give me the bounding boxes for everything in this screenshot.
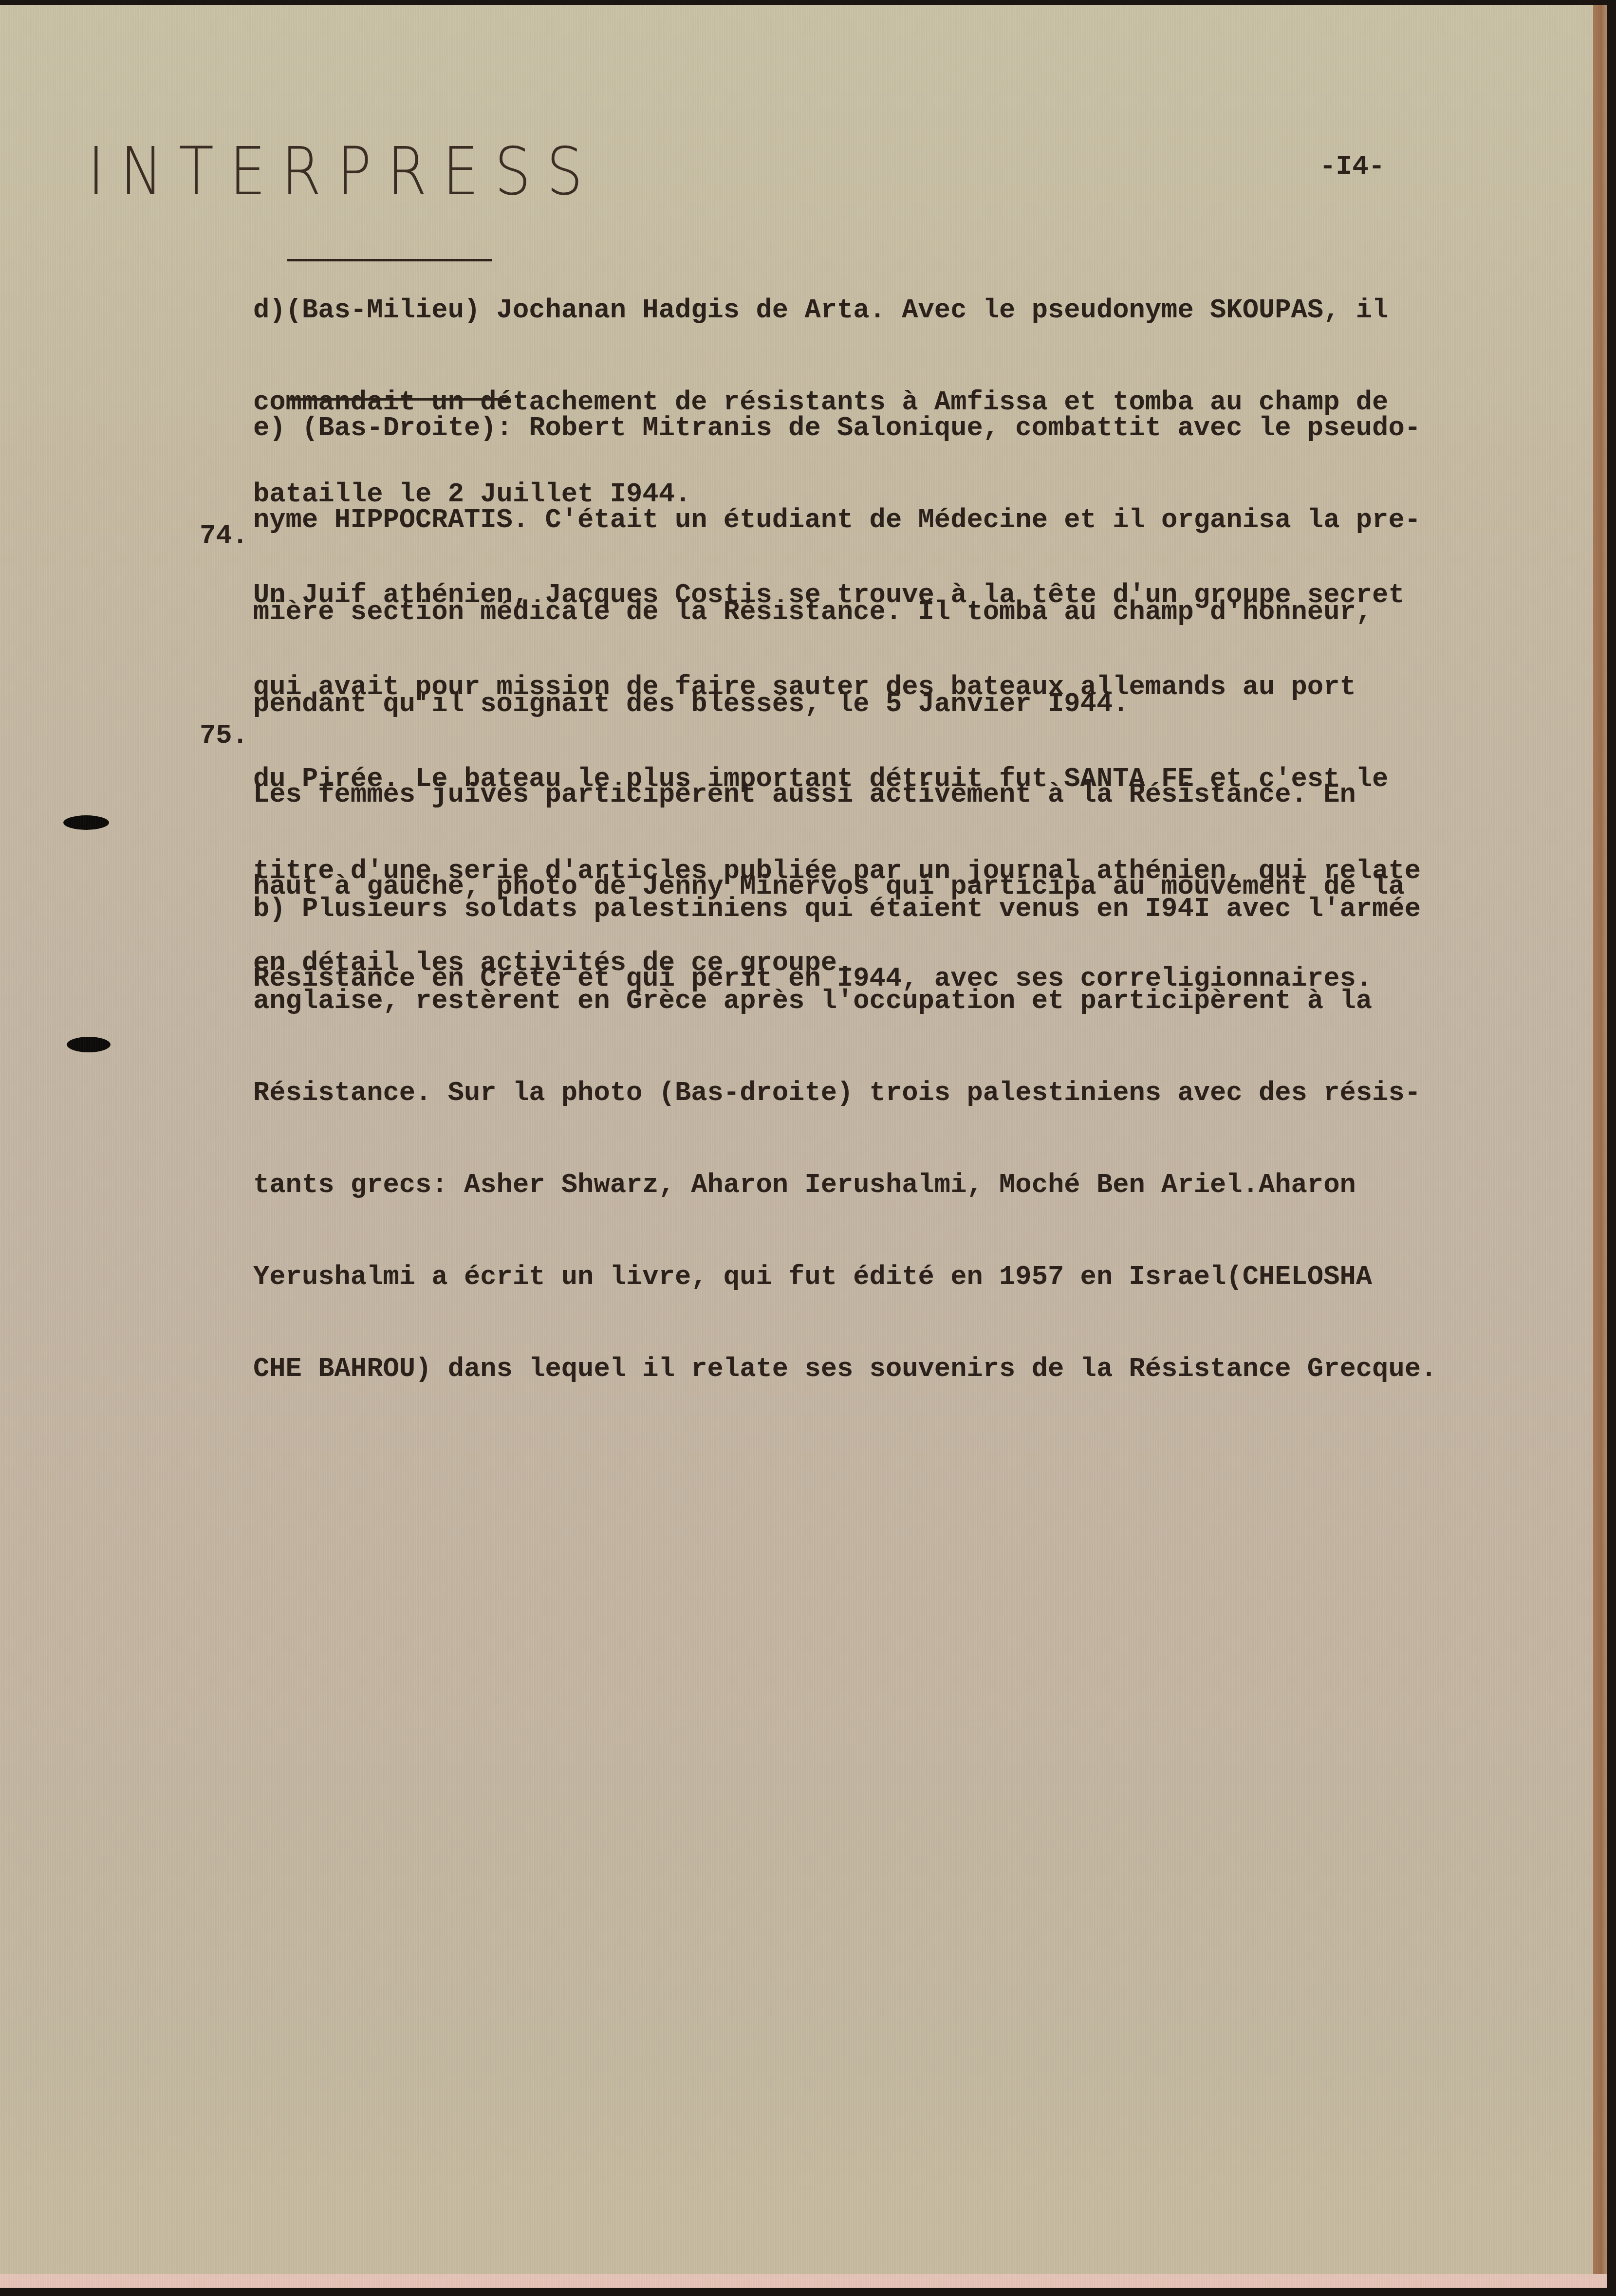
- item-number: 75.: [200, 720, 248, 751]
- interpress-logo: INTERPRESS: [88, 132, 598, 210]
- typewritten-page: INTERPRESS -I4- d)(Bas-Milieu) Jochanan …: [0, 5, 1607, 2288]
- text-line: CHE BAHROU) dans lequel il relate ses so…: [253, 1354, 1437, 1384]
- page-number: -I4-: [1319, 151, 1385, 182]
- handwritten-underline: [290, 398, 509, 401]
- text-line: b) Plusieurs soldats palestiniens qui ét…: [253, 894, 1437, 924]
- page-bottom-edge: [0, 2274, 1607, 2288]
- caption-b: b) Plusieurs soldats palestiniens qui ét…: [253, 832, 1437, 1446]
- punch-hole-icon: [67, 1037, 111, 1052]
- text-line: tants grecs: Asher Shwarz, Aharon Ierush…: [253, 1170, 1437, 1200]
- text-line: qui avait pour mission de faire sauter d…: [253, 672, 1421, 702]
- text-line: Un Juif athénien, Jacques Costis se trou…: [253, 580, 1421, 610]
- page-edge-stain: [1593, 5, 1607, 2288]
- punch-hole-icon: [63, 815, 109, 830]
- text-line: Les femmes juives participèrent aussi ac…: [253, 779, 1405, 810]
- item-number: 74.: [200, 521, 248, 551]
- text-line: Résistance. Sur la photo (Bas-droite) tr…: [253, 1078, 1437, 1108]
- text-line: d)(Bas-Milieu) Jochanan Hadgis de Arta. …: [253, 295, 1388, 326]
- handwritten-underline: [287, 259, 492, 261]
- text-line: anglaise, restèrent en Grèce après l'occ…: [253, 986, 1437, 1016]
- text-line: Yerushalmi a écrit un livre, qui fut édi…: [253, 1262, 1437, 1292]
- text-line: e) (Bas-Droite): Robert Mitranis de Salo…: [253, 413, 1421, 443]
